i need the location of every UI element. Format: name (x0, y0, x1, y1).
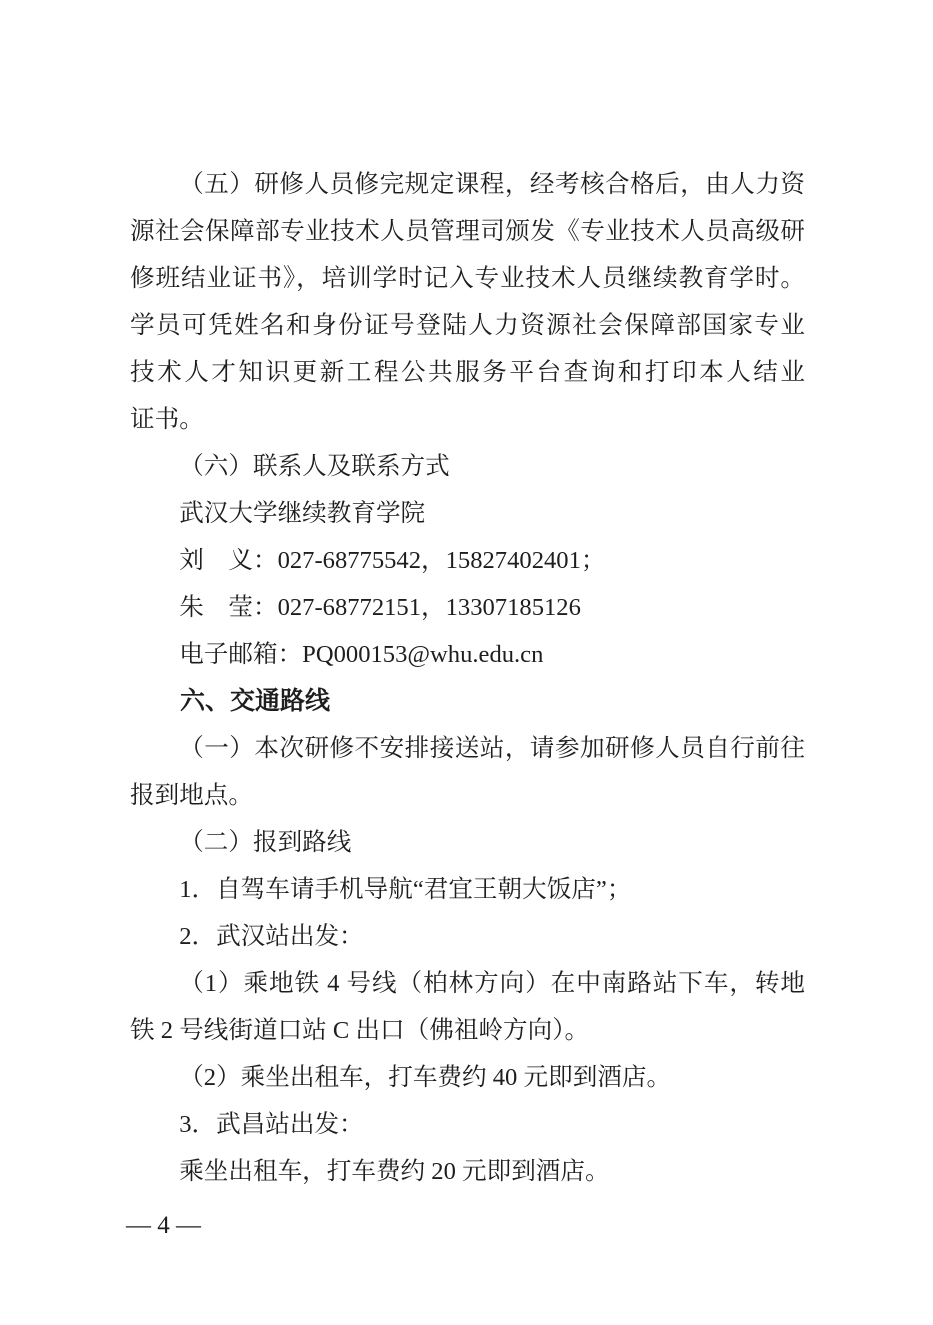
text-line: 铁 2 号线街道口站 C 出口（佛祖岭方向）。 (130, 1007, 805, 1054)
text-block: （五）研修人员修完规定课程，经考核合格后，由人力资 源社会保障部专业技术人员管理… (130, 161, 805, 1195)
page-number: — 4 — (126, 1202, 201, 1249)
contact-line: 刘 义：027-68775542，15827402401； (130, 537, 805, 584)
organization-line: 武汉大学继续教育学院 (130, 490, 805, 537)
document-page: （五）研修人员修完规定课程，经考核合格后，由人力资 源社会保障部专业技术人员管理… (0, 0, 933, 1325)
text-line: 技术人才知识更新工程公共服务平台查询和打印本人结业 (130, 349, 805, 396)
text-line: （1）乘地铁 4 号线（柏林方向）在中南路站下车，转地 (130, 960, 805, 1007)
text-line: （一）本次研修不安排接送站，请参加研修人员自行前往 (130, 725, 805, 772)
text-line: 3．武昌站出发： (130, 1101, 805, 1148)
text-line: （五）研修人员修完规定课程，经考核合格后，由人力资 (130, 161, 805, 208)
text-line: （二）报到路线 (130, 819, 805, 866)
email-line: 电子邮箱：PQ000153@whu.edu.cn (130, 631, 805, 678)
text-line: 修班结业证书》，培训学时记入专业技术人员继续教育学时。 (130, 255, 805, 302)
text-line: （2）乘坐出租车，打车费约 40 元即到酒店。 (130, 1054, 805, 1101)
text-line: 1．自驾车请手机导航“君宜王朝大饭店”； (130, 866, 805, 913)
section-heading-traffic: 六、交通路线 (130, 678, 805, 725)
text-line: 乘坐出租车，打车费约 20 元即到酒店。 (130, 1148, 805, 1195)
text-line: 2．武汉站出发： (130, 913, 805, 960)
text-line: 学员可凭姓名和身份证号登陆人力资源社会保障部国家专业 (130, 302, 805, 349)
text-line: （六）联系人及联系方式 (130, 443, 805, 490)
text-line: 报到地点。 (130, 772, 805, 819)
text-line: 源社会保障部专业技术人员管理司颁发《专业技术人员高级研 (130, 208, 805, 255)
text-line: 证书。 (130, 396, 805, 443)
contact-line: 朱 莹：027-68772151，13307185126 (130, 584, 805, 631)
